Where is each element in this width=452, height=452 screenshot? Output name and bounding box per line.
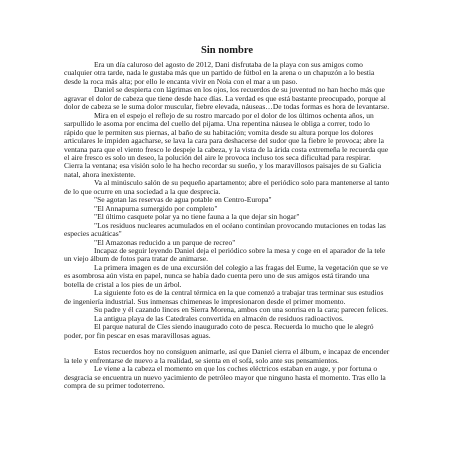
paragraph: La siguiente foto es de la central térmi… (64, 289, 390, 306)
paragraph: El parque natural de Cíes siendo inaugur… (64, 323, 390, 340)
paragraph: Va al minúsculo salón de su pequeño apar… (64, 179, 390, 196)
paragraph: Estos recuerdos hoy no consiguen animarl… (64, 348, 390, 365)
paragraph: Daniel se despierta con lágrimas en los … (64, 86, 390, 111)
document-title: Sin nombre (64, 44, 390, 57)
paragraph: La primera imagen es de una excursión de… (64, 264, 390, 289)
paragraph: Mira en el espejo el reflejo de su rostr… (64, 112, 390, 180)
paragraph: Era un día caluroso del agosto de 2012, … (64, 61, 390, 86)
paragraph: Le viene a la cabeza el momento en que l… (64, 365, 390, 390)
headline-quote: "Los residuos nucleares acumulados en el… (64, 222, 390, 239)
document-page: Sin nombre Era un día caluroso del agost… (64, 44, 390, 391)
paragraph: Incapaz de seguir leyendo Daniel deja el… (64, 247, 390, 264)
